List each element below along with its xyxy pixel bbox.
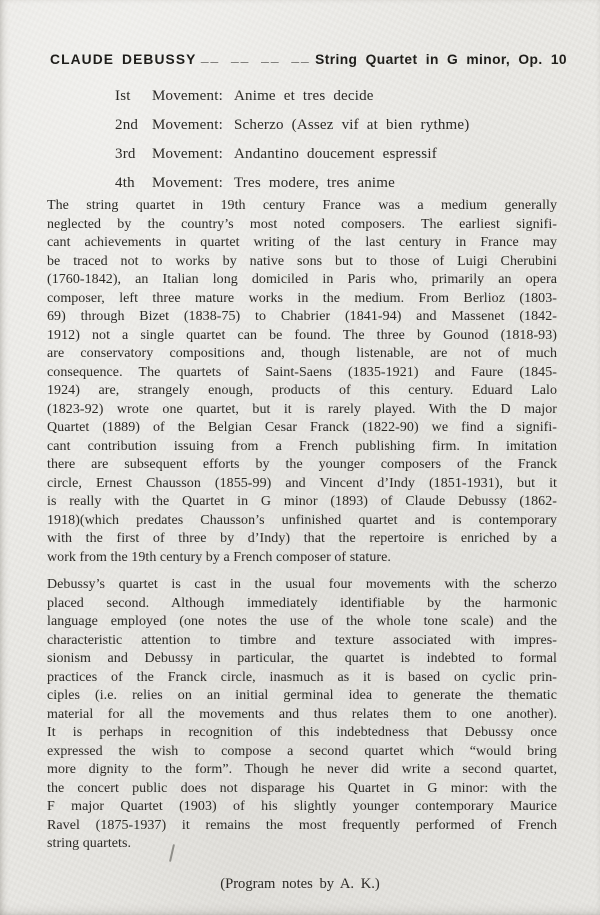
- movement-label: Movement:: [152, 117, 223, 133]
- text-line: the concert public does not disparage hi…: [47, 780, 557, 799]
- text-line: 1924) are, strangely enough, products of…: [47, 382, 557, 401]
- text-line: F major Quartet (1903) of his slightly y…: [47, 798, 557, 817]
- movement-tempo: Andantino doucement espressif: [234, 146, 437, 162]
- text-line: cant achievements in quartet writing of …: [47, 234, 557, 253]
- movement-ordinal: Ist: [115, 82, 152, 111]
- movement-row: 3rdMovement:Andantino doucement espressi…: [115, 140, 469, 169]
- movement-row: 4thMovement:Tres modere, tres anime: [115, 169, 469, 198]
- text-line: be traced not to works by native sons bu…: [47, 253, 557, 272]
- text-line: material for all the movements and thus …: [47, 706, 557, 725]
- text-line: Quartet (1889) of the Belgian Cesar Fran…: [47, 419, 557, 438]
- text-line: 1912) not a single quartet can be found.…: [47, 327, 557, 346]
- text-line: language employed (one notes the use of …: [47, 613, 557, 632]
- text-line: is really with the Quartet in G minor (1…: [47, 493, 557, 512]
- text-line: The string quartet in 19th century Franc…: [47, 197, 557, 216]
- text-line: It is perhaps in recognition of this ind…: [47, 724, 557, 743]
- text-line: ciples (i.e. relies on an initial germin…: [47, 687, 557, 706]
- movement-ordinal: 2nd: [115, 111, 152, 140]
- text-line: more dignity to the form”. Though he nev…: [47, 761, 557, 780]
- text-line: sionism and Debussy in particular, the q…: [47, 650, 557, 669]
- composer-name: CLAUDE DEBUSSY: [50, 52, 196, 67]
- text-line: (1760-1842), an Italian long domiciled i…: [47, 271, 557, 290]
- text-line: circle, Ernest Chausson (1855-99) and Vi…: [47, 475, 557, 494]
- text-line: composer, left three mature works in the…: [47, 290, 557, 309]
- text-line: Ravel (1875-1937) it remains the most fr…: [47, 817, 557, 836]
- movement-tempo: Tres modere, tres anime: [234, 175, 395, 191]
- text-line: work from the 19th century by a French c…: [47, 549, 557, 568]
- movement-tempo: Scherzo (Assez vif at bien rythme): [234, 117, 469, 133]
- text-line: string quartets.: [47, 835, 557, 854]
- text-line: neglected by the country’s most noted co…: [47, 216, 557, 235]
- movement-label: Movement:: [152, 175, 223, 191]
- movement-ordinal: 3rd: [115, 140, 152, 169]
- text-line: cant contribution issuing from a French …: [47, 438, 557, 457]
- text-line: 69) through Bizet (1838-75) to Chabrier …: [47, 308, 557, 327]
- text-line: characteristic attention to timbre and t…: [47, 632, 557, 651]
- text-line: expressed the wish to compose a second q…: [47, 743, 557, 762]
- text-line: with the first of three by d’Indy) that …: [47, 530, 557, 549]
- text-line: practices of the Franck circle, inasmuch…: [47, 669, 557, 688]
- text-line: there are subsequent efforts by the youn…: [47, 456, 557, 475]
- text-line: are conservatory compositions and, thoug…: [47, 345, 557, 364]
- fill-in-separator: __ __ __ __: [201, 49, 311, 64]
- program-notes-paragraph: The string quartet in 19th century Franc…: [47, 197, 557, 567]
- program-notes-paragraph: Debussy’s quartet is cast in the usual f…: [47, 576, 557, 854]
- credit-line: (Program notes by A. K.): [0, 876, 600, 893]
- text-line: 1918)(which predates Chausson’s unfinish…: [47, 512, 557, 531]
- movement-ordinal: 4th: [115, 169, 152, 198]
- work-title: String Quartet in G minor, Op. 10: [315, 52, 567, 67]
- text-line: (1823-92) wrote one quartet, but it is r…: [47, 401, 557, 420]
- text-line: Debussy’s quartet is cast in the usual f…: [47, 576, 557, 595]
- movement-list: IstMovement:Anime et tres decide 2ndMove…: [115, 82, 469, 198]
- movement-label: Movement:: [152, 146, 223, 162]
- text-line: consequence. The quartets of Saint-Saens…: [47, 364, 557, 383]
- movement-row: IstMovement:Anime et tres decide: [115, 82, 469, 111]
- program-notes-page: CLAUDE DEBUSSY __ __ __ __ String Quarte…: [0, 0, 600, 915]
- movement-row: 2ndMovement:Scherzo (Assez vif at bien r…: [115, 111, 469, 140]
- work-header: CLAUDE DEBUSSY __ __ __ __ String Quarte…: [50, 52, 567, 67]
- movement-tempo: Anime et tres decide: [234, 88, 374, 104]
- text-line: placed second. Although immediately iden…: [47, 595, 557, 614]
- movement-label: Movement:: [152, 88, 223, 104]
